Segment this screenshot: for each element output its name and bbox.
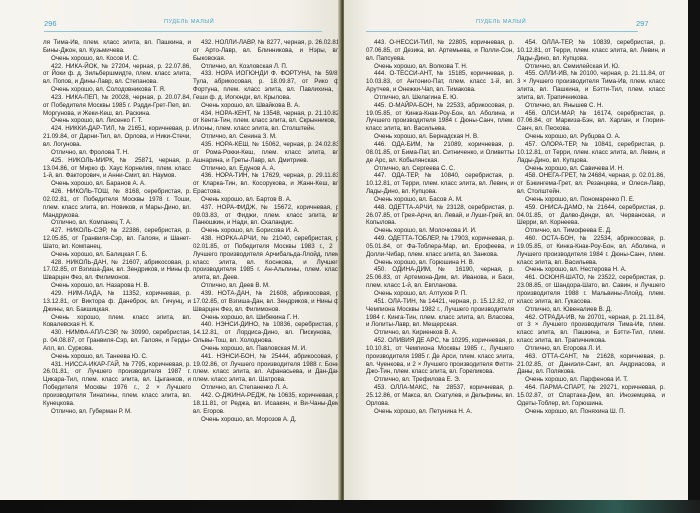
entry-rating: Очень хорошо, вл. Волкова Т. Н. [366,63,514,71]
catalog-entry: 425. НИКОЛЬ-МИРК, № 25871, черная, р. 13… [43,157,191,181]
right-page: ПУДЕЛЬ МАЛЫЙ 297 443. О-НЕССИ-ТИЛ, № 228… [344,0,688,500]
catalog-entry: 431. НИССА-ИКАР-ГАЙ, № 7795, коричневая,… [43,361,191,408]
entry-rating: Отлично, вл. Кириенков В. А. [366,329,514,337]
entry-rating: Отлично, вл. Семилейская И. Ю. [517,63,665,71]
right-page-column-1: 443. О-НЕССИ-ТИЛ, № 22805, коричневая, р… [366,39,514,416]
catalog-entry: 437. НОРА-ФИДЖ, № 15672, коричневая, р. … [193,204,340,228]
page-number-right: 297 [636,19,649,28]
catalog-entry: 422. НИКА-ЙОК, № 27204, черная, р. 22.07… [43,63,191,87]
entry-rating: Очень хорошо, вл. Петунина Н. А. [366,408,514,416]
catalog-entry: 460. ОСТА-БОН, № 22534, абрикосовая, р. … [517,235,665,266]
running-header-left: 296 ПУДЕЛЬ МАЛЫЙ [44,19,334,31]
entry-rating: ля Тима-Ив, плем. класс элита, вл. Пашки… [43,39,191,55]
entry-rating: Очень хорошо, вл. Баранов А. А. [43,180,191,188]
entry-rating: Отлично, вл. Компанец Т. А. [43,219,191,227]
entry-rating: Очень хорошо, вл. Савичева И. Н. [517,165,665,173]
catalog-entry: 447. ОДА-ТЕР, № 10840, серебристая, р. 1… [366,172,514,196]
catalog-entry: 424. НИККИ-ДАР-ТИЛ, № 21651, коричневая,… [43,125,191,149]
catalog-entry: 443. О-НЕССИ-ТИЛ, № 22805, коричневая, р… [366,39,514,63]
catalog-entry: 433. НОРА ИОГЮНДИ Ф. ФОРТУНА, № 59/87 Ту… [193,70,340,101]
entry-rating: Очень хорошо, вл. Горюшина Н. В. [366,259,514,267]
catalog-entry: 446. ОДА-БИМ, № 21089, коричневая, р. 08… [366,141,514,165]
entry-rating: Отлично, вл. Сенина З. М. [193,133,340,141]
entry-rating: Очень хорошо, вл. Парфенова И. Т. [517,376,665,384]
catalog-entry: 438. НОРКА-АРЧИ, № 21040, серебристая, р… [193,235,340,282]
catalog-entry: 439. НОТА-ДАН, № 21608, абрикосовая, р. … [193,290,340,314]
section-title-left: ПУДЕЛЬ МАЛЫЙ [164,19,214,25]
book-spread: 296 ПУДЕЛЬ МАЛЫЙ ля Тима-Ив, плем. класс… [0,0,688,500]
entry-rating: Отлично, вл. Деев В. М. [193,282,340,290]
catalog-entry: 462. ОТРАДА-ИВ, № 20701, черная, р. 21.1… [517,314,665,345]
entry-rating: Очень хорошо, вл. Танеева Ю. С. [43,353,191,361]
catalog-entry: 435. НОРА-КЕШ, № 15062, черная, р. 24.02… [193,141,340,165]
entry-rating: Очень хорошо, вл. Солодовникова Т. Я. [43,86,191,94]
catalog-entry: 432. НОЛЛИ-ЛАВР, № 8277, черная, р. 26.0… [193,39,340,63]
entry-rating: Отлично, вл. Сергеева С. С. [366,165,514,173]
entry-rating: Очень хорошо, вл. Пономаренко П. Е. [517,196,665,204]
entry-rating: Очень хорошо, вл. Швайкова В. А. [193,102,340,110]
entry-rating: Отлично, вл. Губерман Р. М. [43,408,191,416]
right-page-column-2: 454. ОЛЛА-ТЕР, № 10839, серебристая, р. … [517,39,665,416]
catalog-entry: 450. ОДИНА-ДИМ, № 16190, черная, р. 25.0… [366,266,514,290]
catalog-entry: 449. ОДЕТТА-ТОБЛЕР, № 17903, коричневая,… [366,235,514,259]
entry-rating: Очень хорошо, вл. Рубцова О. А. [517,133,665,141]
catalog-entry: 459. ОНИСА-ДАМО, № 21644, серебристая, р… [517,204,665,228]
catalog-entry: 442. О-ДЖИНА-РЕДЖ, № 10635, коричневая, … [193,392,340,416]
entry-rating: Очень хорошо, вл. Морозов А. Д. [193,416,340,424]
entry-rating: Отлично, вл. Фролова Т. Н. [43,149,191,157]
left-page: 296 ПУДЕЛЬ МАЛЫЙ ля Тима-Ив, плем. класс… [0,0,340,500]
catalog-entry: 455. ОЛЛИ-ИВ, № 20100, черная, р. 21.11.… [517,70,665,101]
entry-rating: Отлично, вл. Шелагина Е. Ю. [366,94,514,102]
header-rule-right [366,31,638,32]
header-rule-left [44,31,322,32]
entry-rating: Очень хорошо, вл. Алтухов Р. П. [366,290,514,298]
entry-rating: Отлично, вл. Янышев С. Н. [517,102,665,110]
catalog-entry: 429. НИМ-ЛАДА, № 11352, коричневая, р. 1… [43,290,191,314]
entry-rating: Очень хорошо, вл. Лисенко Г. Т. [43,117,191,125]
entry-rating: Отлично, вл. Трефилова Е. Э. [366,376,514,384]
entry-rating: Очень хорошо, вл. Нестерова Н. А. [517,266,665,274]
entry-rating: Очень хорошо, вл. Косов И. С. [43,55,191,63]
catalog-entry: 430. НИМФА-АПЛ-СЭР, № 30990, серебристая… [43,329,191,353]
entry-rating: Очень хорошо, вл. Бартов В. А. [193,196,340,204]
entry-rating: Очень хорошо, вл. Борисова И. А. [193,227,340,235]
entry-rating: Очень хорошо, вл. Назарова Н. В. [43,282,191,290]
scan-background-bottom [0,500,700,513]
catalog-entry: 423. НИКА-ПЕП, № 20028, черная, р. 20.07… [43,94,191,118]
entry-rating: Отлично, вл. Тимофеева Е. Д. [517,227,665,235]
catalog-entry: 444. О-ТЕССИ-АНТ, № 15185, коричневая, р… [366,70,514,94]
entry-rating: Отлично, вл. Ювеналиев В. Д. [517,306,665,314]
catalog-entry: 457. ОЛОРА-ТЕР, № 10841, серебристая, р.… [517,141,665,165]
catalog-entry: 436. НОРА-ТИН, № 17629, черная, р. 29.11… [193,172,340,196]
catalog-entry: 456. ОЛСИ-МАР, № 16174, серебристая, р. … [517,110,665,134]
page-number-left: 296 [44,19,57,28]
catalog-entry: 427. НИКОЛЬ-СЭР, № 22386, серебристая, р… [43,227,191,251]
catalog-entry: 428. НИКОЛЬ-ДАН, № 21607, абрикосовая, р… [43,259,191,283]
catalog-entry: 461. ОСЮНЯ-ШАТО, № 23522, серебристая, р… [517,274,665,305]
left-page-column-2: 432. НОЛЛИ-ЛАВР, № 8277, черная, р. 26.0… [193,39,340,423]
catalog-entry: 434. НОРА-КЕНТ, № 13548, черная, р. 21.1… [193,110,340,134]
catalog-entry: 454. ОЛЛА-ТЕР, № 10839, серебристая, р. … [517,39,665,63]
entry-rating: Очень хорошо, вл. Бернадская Н. В. [366,133,514,141]
entry-rating: Отлично, вл. Козловская Л. П. [193,63,340,71]
catalog-entry: 440. НЭНСИ-ДИНО, № 10836, серебристая, р… [193,321,340,345]
entry-rating: Очень хорошо, плем. класс элита, вл. Ков… [43,314,191,330]
entry-rating: Отлично, вл. Степаненко Л. А. [193,384,340,392]
catalog-entry: 463. ОТТА-САНТ, № 21628, коричневая, р. … [517,353,665,377]
entry-rating: Отлично, вл. Едунов А. А. [193,165,340,173]
entry-rating: Очень хорошо, вл. Шибекина Г. Н. [193,314,340,322]
catalog-entry: 464. ПАРМА-СПАРТ, № 29271, коричневая, р… [517,384,665,408]
catalog-entry: 451. ОЛА-ТИН, № 14421, черная, р. 15.12.… [366,298,514,329]
section-title-right: ПУДЕЛЬ МАЛЫЙ [476,19,526,25]
catalog-entry: 441. НЭНСИ-БОН, № 25444, абрикосовая, р.… [193,353,340,384]
entry-rating: Очень хорошо, вл. Балицкая Г. Б. [43,251,191,259]
catalog-entry: 458. ОНЕГА-ГРЕТ, № 24684, черная, р. 02.… [517,172,665,196]
catalog-entry: 426. НИКОЛЬ-ТОШ, № 8168, серебристая, р.… [43,188,191,219]
catalog-entry: 452. ОЛИВИЯ ДЕ АРС, № 10295, коричневая,… [366,337,514,376]
entry-rating: Очень хорошо, вл. Павловская М. И. [193,345,340,353]
catalog-entry: 453. ОЛЛА-МАКС, № 28537, коричневая, р. … [366,384,514,408]
entry-rating: Очень хорошо, вл. Басов А. М. [366,196,514,204]
entry-rating: Очень хорошо, вл. Поняхина Ш. П. [517,408,665,416]
left-page-column-1: ля Тима-Ив, плем. класс элита, вл. Пашки… [43,39,191,416]
scan-background-right [688,0,700,513]
entry-rating: Очень хорошо, вл. Молочкова И. И. [366,227,514,235]
catalog-entry: 445. О-МАЙРА-БОН, № 22533, абрикосовая, … [366,102,514,133]
catalog-entry: 448. ОДЕТТА-АРЧИ, № 23128, серебристая, … [366,204,514,228]
running-header-right: ПУДЕЛЬ МАЛЫЙ 297 [364,19,654,31]
entry-rating: Отлично, вл. Егорова Л. И. [517,345,665,353]
